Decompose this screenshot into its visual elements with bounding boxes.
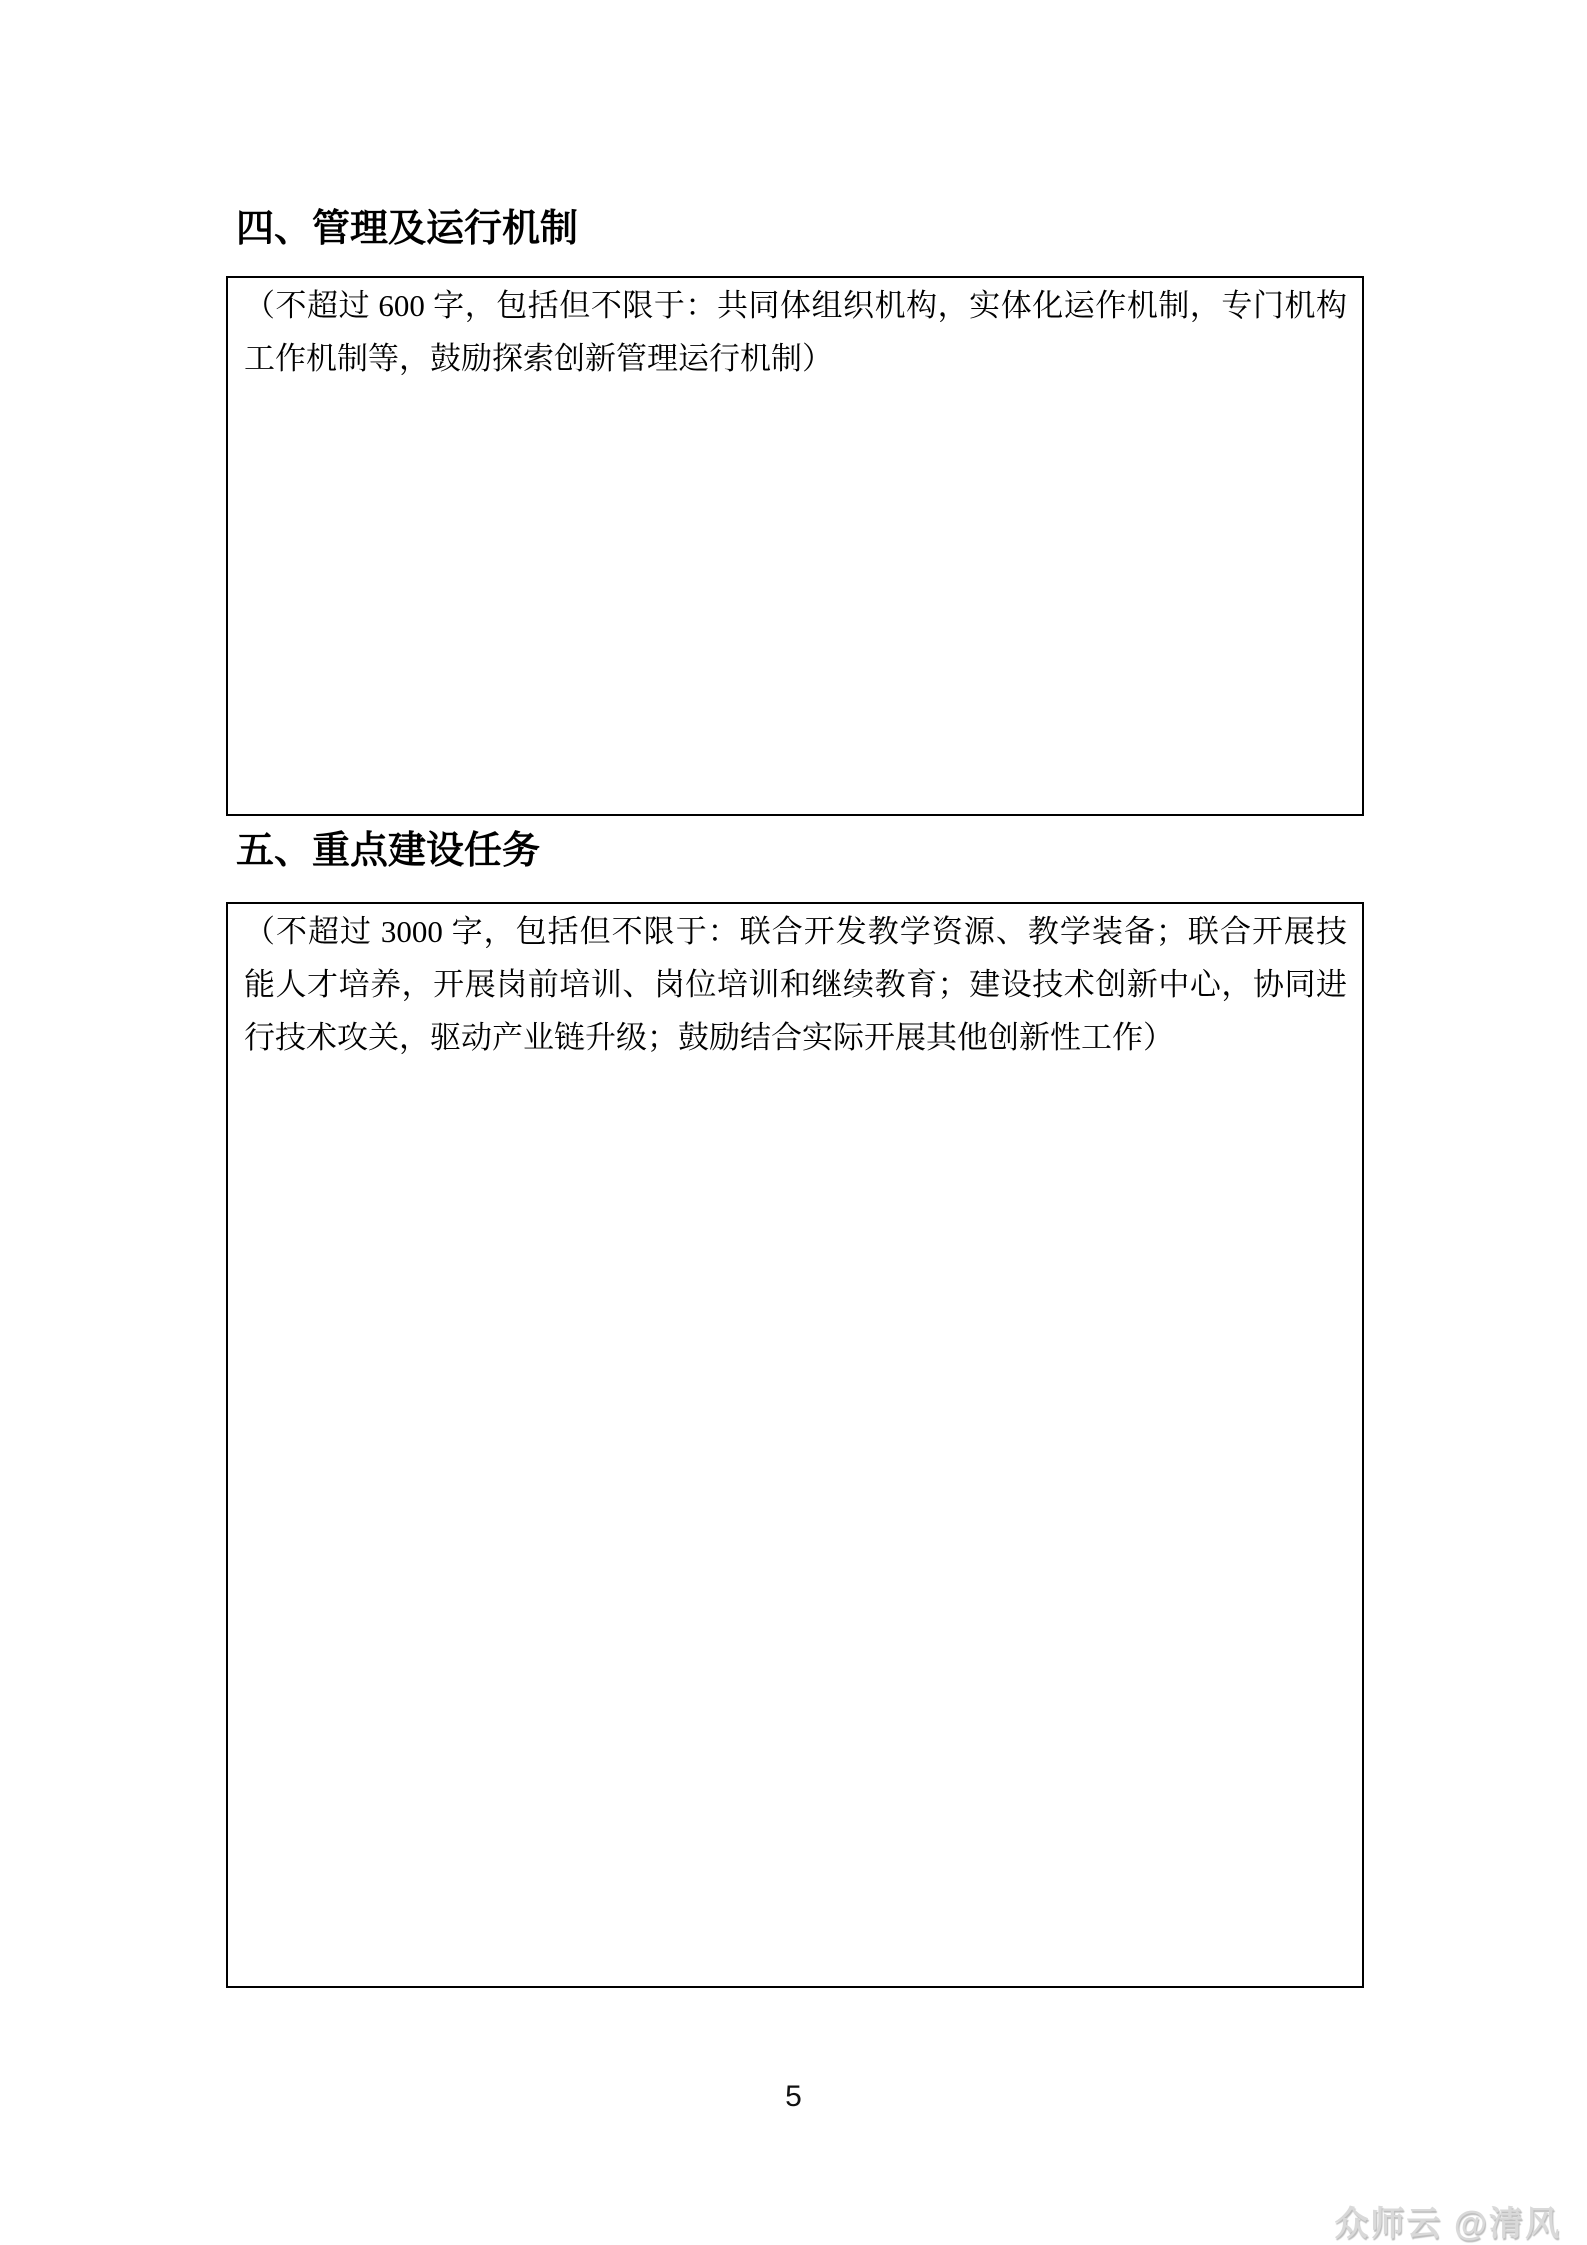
section-4-answer-box: （不超过 600 字，包括但不限于：共同体组织机构，实体化运作机制，专门机构 工…	[226, 276, 1364, 816]
page-number: 5	[0, 2080, 1587, 2114]
guideline-text-line: 行技术攻关，驱动产业链升级；鼓励结合实际开展其他创新性工作）	[244, 1011, 1347, 1064]
guideline-text-line: （不超过 600 字，包括但不限于：共同体组织机构，实体化运作机制，专门机构	[244, 279, 1347, 332]
watermark: 众师云 @清风	[1334, 2196, 1561, 2245]
guideline-text-line: 能人才培养，开展岗前培训、岗位培训和继续教育；建设技术创新中心，协同进	[244, 958, 1347, 1011]
document-page: 四、管理及运行机制 （不超过 600 字，包括但不限于：共同体组织机构，实体化运…	[0, 0, 1587, 2245]
guideline-text-line: （不超过 3000 字，包括但不限于：联合开发教学资源、教学装备；联合开展技	[244, 905, 1347, 958]
section-4-heading: 四、管理及运行机制	[236, 206, 578, 252]
section-5-answer-box: （不超过 3000 字，包括但不限于：联合开发教学资源、教学装备；联合开展技 能…	[226, 902, 1364, 1988]
guideline-text-line: 工作机制等，鼓励探索创新管理运行机制）	[244, 332, 1347, 385]
section-5-heading: 五、重点建设任务	[236, 828, 540, 874]
